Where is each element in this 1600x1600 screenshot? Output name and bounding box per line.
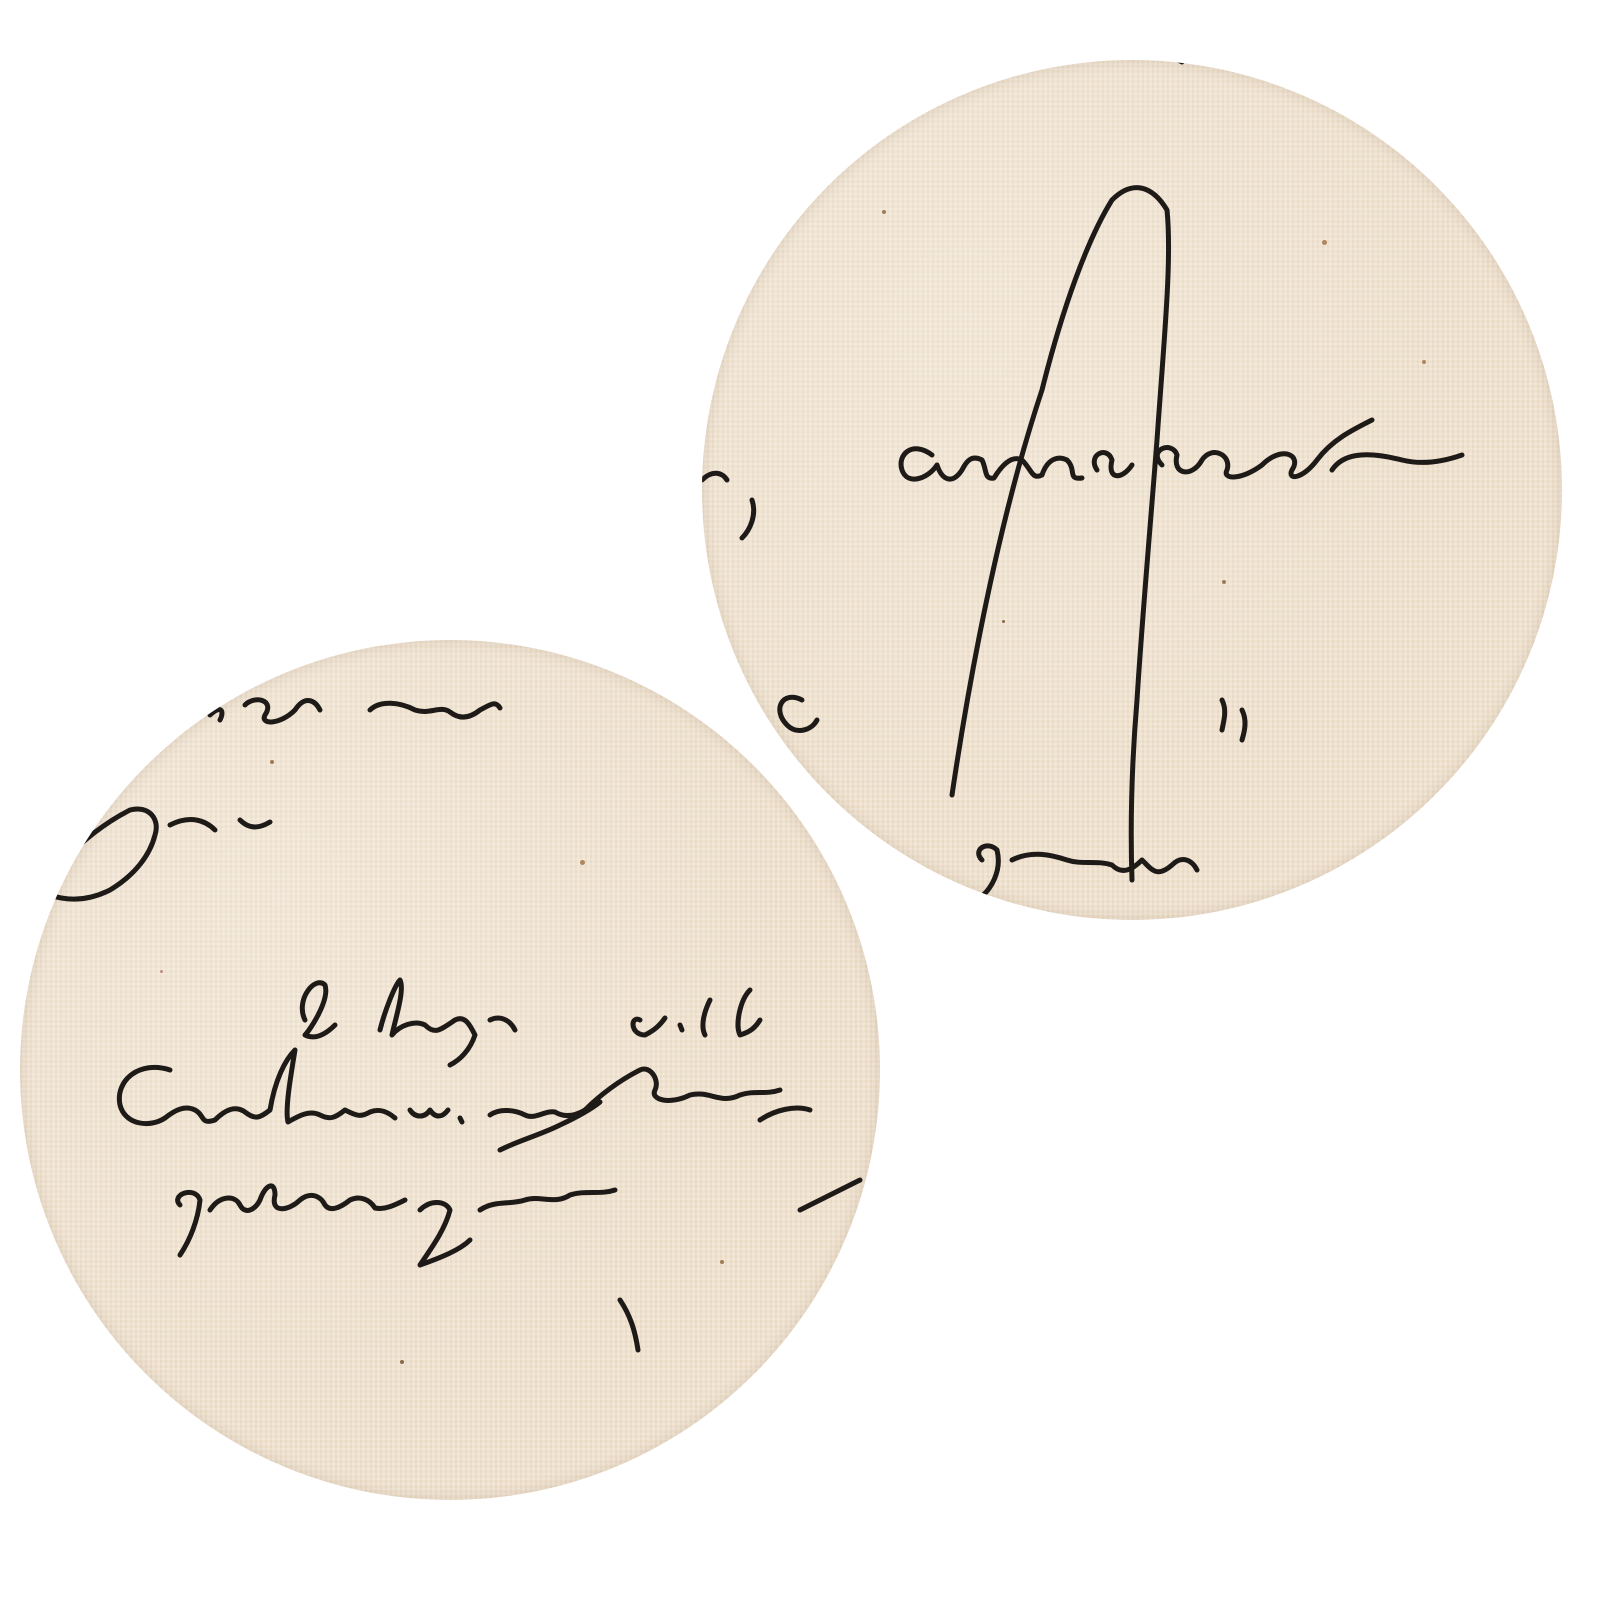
fabric-speck: [882, 210, 886, 214]
bottom-left-fabric-circle: [20, 640, 880, 1500]
fabric-speck: [580, 860, 585, 865]
fabric-speck: [1322, 240, 1327, 245]
fabric-speck: [1222, 580, 1226, 584]
fabric-speck: [400, 1360, 404, 1364]
fabric-speck: [270, 760, 274, 764]
fabric-speck: [1422, 360, 1426, 364]
fabric-speck: [160, 970, 163, 973]
fabric-speck: [1002, 620, 1005, 623]
handwriting-print-bottom: [20, 640, 880, 1500]
fabric-speck: [720, 1260, 724, 1264]
